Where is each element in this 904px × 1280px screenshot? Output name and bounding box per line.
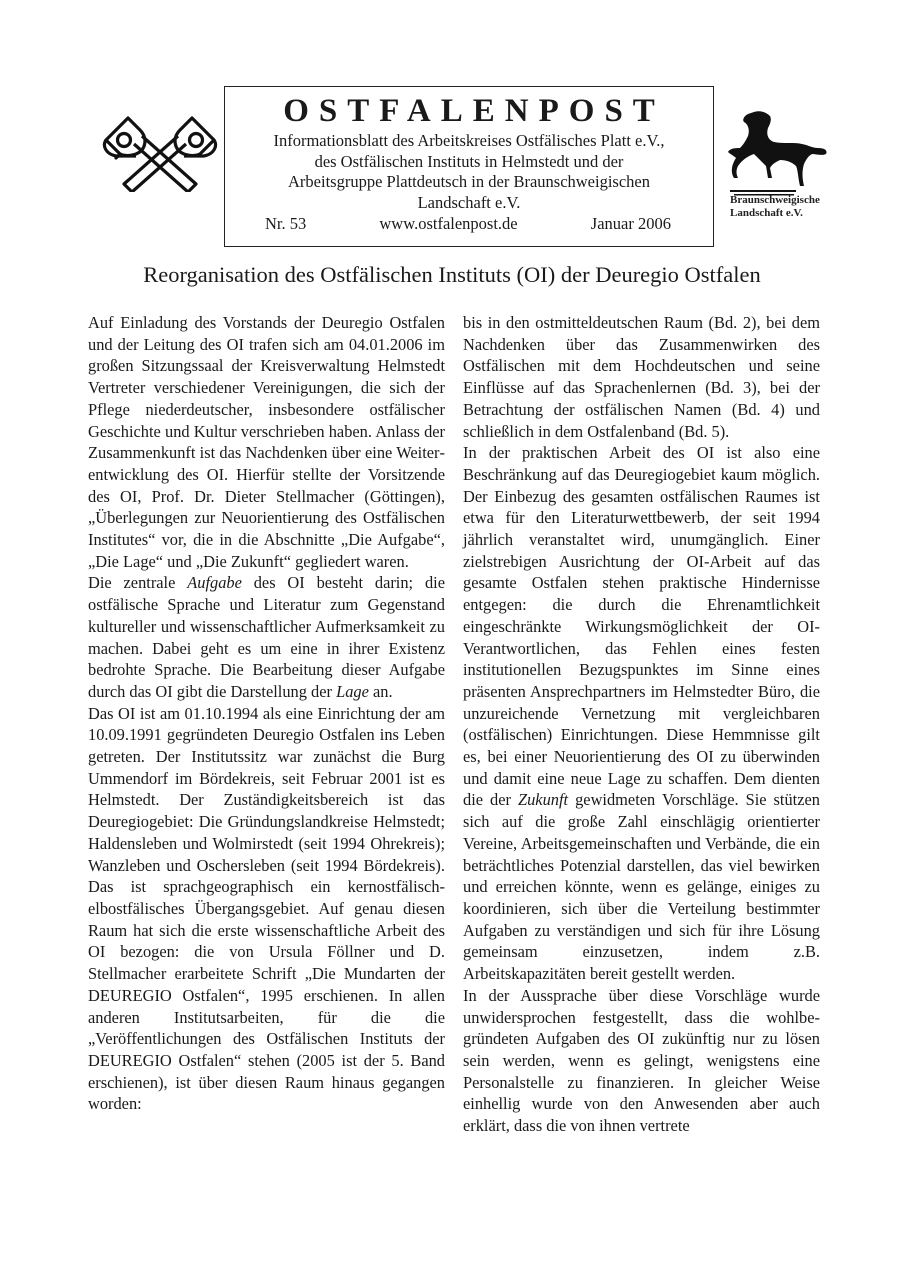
issue-number: Nr. 53 [265, 214, 306, 234]
article-headline: Reorganisation des Ostfälischen Institut… [0, 260, 904, 290]
issue-meta: Nr. 53 www.ostfalenpost.de Januar 2006 [225, 214, 713, 234]
emphasis-lage: Lage [336, 682, 369, 701]
newsletter-subtitle: Informationsblatt des Arbeitskreises Ost… [225, 131, 713, 213]
emphasis-zukunft: Zukunft [518, 790, 568, 809]
website-link[interactable]: www.ostfalenpost.de [379, 214, 517, 234]
horse-icon [726, 108, 830, 196]
masthead-box: OSTFALENPOST Informationsblatt des Arbei… [224, 86, 714, 247]
subtitle-line: des Ostfälischen Instituts in Helmstedt … [225, 152, 713, 173]
subtitle-line: Informationsblatt des Arbeitskreises Ost… [225, 131, 713, 152]
text-run: gewidmeten Vorschläge. Sie stützen sich … [463, 790, 820, 983]
text-run: In der praktischen Arbeit des OI ist als… [463, 443, 820, 809]
paragraph: In der Aussprache über diese Vorschläge … [463, 985, 820, 1137]
crossed-keys-logo-icon [96, 104, 224, 192]
text-run: Die zentrale [88, 573, 187, 592]
subtitle-line: Arbeitsgruppe Plattdeutsch in der Brauns… [225, 172, 713, 193]
paragraph: bis in den ostmitteldeutschen Raum (Bd. … [463, 312, 820, 442]
logo-caption: Braunschweigische Landschaft e.V. [730, 194, 820, 220]
article-column-left: Auf Einladung des Vorstands der Deuregio… [88, 312, 445, 1115]
subtitle-line: Landschaft e.V. [225, 193, 713, 214]
article-column-right: bis in den ostmitteldeutschen Raum (Bd. … [463, 312, 820, 1137]
paragraph: In der praktischen Arbeit des OI ist als… [463, 442, 820, 985]
newsletter-title: OSTFALENPOST [225, 93, 713, 129]
emphasis-aufgabe: Aufgabe [187, 573, 242, 592]
newsletter-page: OSTFALENPOST Informationsblatt des Arbei… [0, 0, 904, 1280]
braunschweigische-landschaft-logo: Braunschweigische Landschaft e.V. [726, 108, 860, 228]
paragraph: Das OI ist am 01.10.1994 als eine Einric… [88, 703, 445, 1115]
paragraph: Auf Einladung des Vorstands der Deuregio… [88, 312, 445, 572]
caption-line: Landschaft e.V. [730, 207, 820, 220]
issue-date: Januar 2006 [591, 214, 671, 234]
caption-line: Braunschweigische [730, 194, 820, 207]
paragraph: Die zentrale Aufgabe des OI besteht dari… [88, 572, 445, 702]
text-run: an. [369, 682, 393, 701]
